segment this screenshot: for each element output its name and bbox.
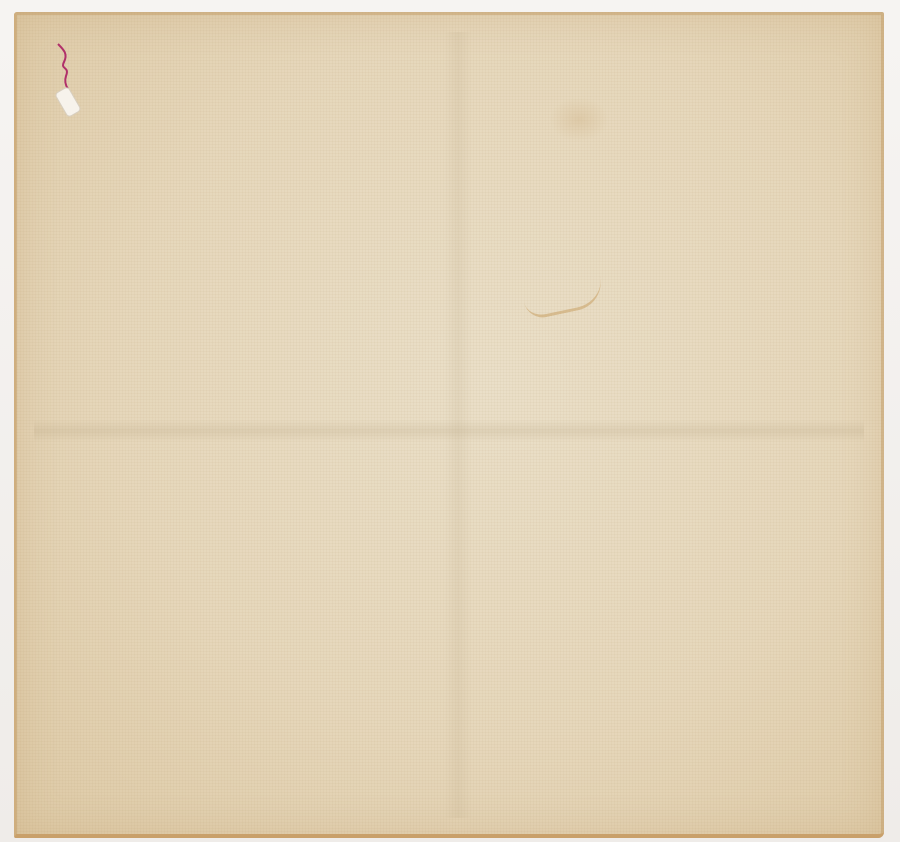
vertical-fold-crease [444,32,472,818]
pink-thread [56,42,78,90]
linen-textile [14,12,884,838]
discoloration-patch [549,97,609,142]
curved-stain [522,276,606,321]
